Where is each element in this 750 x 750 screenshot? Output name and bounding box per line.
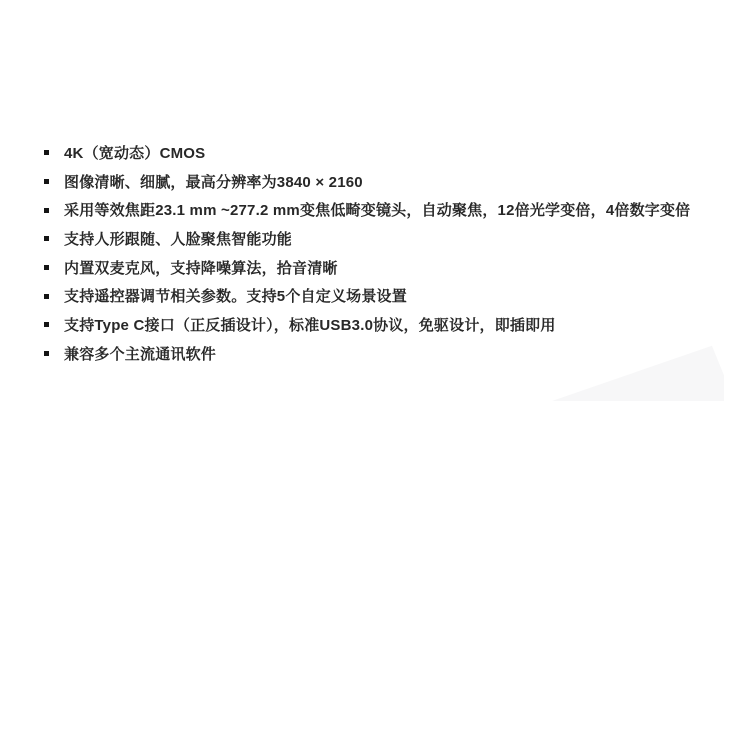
square-bullet-icon [44,265,49,270]
feature-text: 4K（宽动态）CMOS [64,142,205,163]
square-bullet-icon [44,208,49,213]
feature-item: 4K（宽动态）CMOS [44,138,734,167]
square-bullet-icon [44,179,49,184]
feature-item: 内置双麦克风，支持降噪算法，拾音清晰 [44,253,734,282]
square-bullet-icon [44,236,49,241]
square-bullet-icon [44,150,49,155]
square-bullet-icon [44,294,49,299]
feature-text: 支持Type C接口（正反插设计），标准USB3.0协议，免驱设计，即插即用 [64,314,556,335]
square-bullet-icon [44,322,49,327]
feature-item: 支持Type C接口（正反插设计），标准USB3.0协议，免驱设计，即插即用 [44,310,734,339]
feature-item: 采用等效焦距23.1 mm ~277.2 mm变焦低畸变镜头，自动聚焦，12倍光… [44,195,734,224]
feature-text: 支持人形跟随、人脸聚焦智能功能 [64,228,292,249]
feature-item: 兼容多个主流通讯软件 [44,339,734,368]
feature-text: 图像清晰、细腻，最高分辨率为3840 × 2160 [64,171,363,192]
feature-text: 兼容多个主流通讯软件 [64,343,216,364]
feature-text: 内置双麦克风，支持降噪算法，拾音清晰 [64,257,338,278]
square-bullet-icon [44,351,49,356]
feature-item: 图像清晰、细腻，最高分辨率为3840 × 2160 [44,167,734,196]
feature-item: 支持遥控器调节相关参数。支持5个自定义场景设置 [44,281,734,310]
product-feature-list: 4K（宽动态）CMOS 图像清晰、细腻，最高分辨率为3840 × 2160 采用… [44,138,734,368]
feature-text: 采用等效焦距23.1 mm ~277.2 mm变焦低畸变镜头，自动聚焦，12倍光… [64,199,690,220]
feature-text: 支持遥控器调节相关参数。支持5个自定义场景设置 [64,285,407,306]
feature-item: 支持人形跟随、人脸聚焦智能功能 [44,224,734,253]
